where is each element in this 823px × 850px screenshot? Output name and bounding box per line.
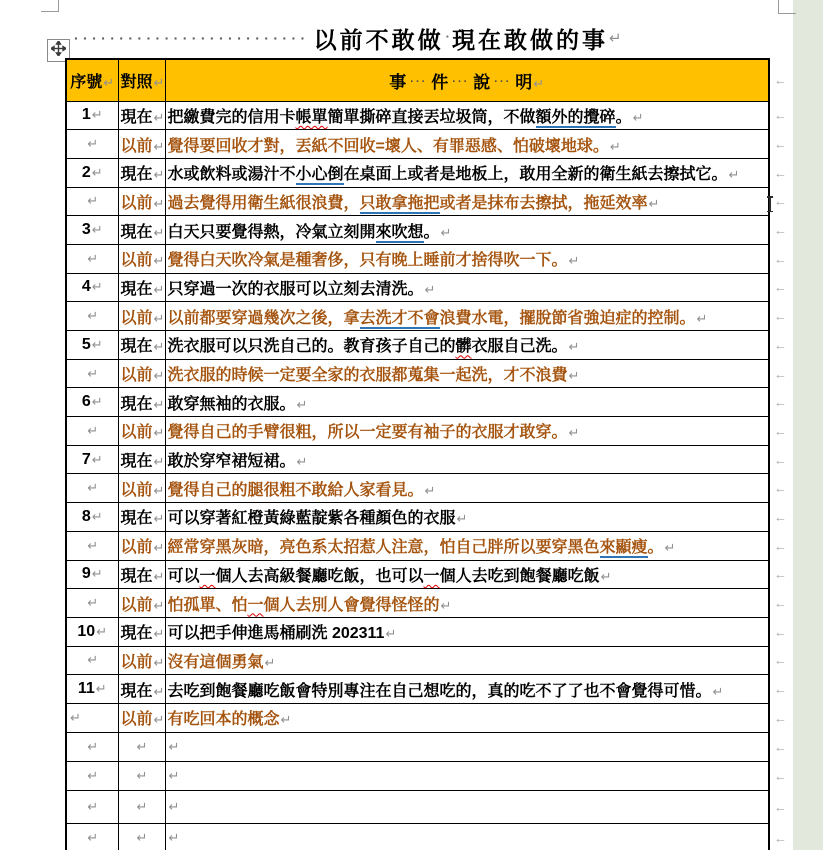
table-row: ↵↵↵← [66,732,769,761]
paragraph-mark: ↵ [154,655,165,670]
text-segment: 在桌面上或者是地板上，敢用全新的衛生紙去擦拭它。 [344,166,728,183]
row-description-cell[interactable]: 沒有這個勇氣↵← [165,646,769,675]
text-segment: 以前都要穿過幾次之後，拿 [168,310,360,327]
row-compare-cell[interactable]: 現在↵ [118,560,165,589]
row-label: 現在 [121,568,153,585]
text-segment: 。 [424,224,440,241]
row-label: 現在 [121,396,153,413]
paragraph-mark: ↵ [70,710,81,725]
text-segment: 個人去吃到飽餐廳吃飯 [440,568,600,585]
text-segment: 敢於穿窄裙短裙。 [168,453,296,470]
row-compare-cell[interactable]: 以前↵ [118,474,165,503]
paragraph-mark: ↵ [154,339,165,354]
table-row: ↵以前↵怕孤單、怕一個人去別人會覺得怪怪的↵← [66,589,769,618]
header-label: 序號 [70,74,102,91]
row-compare-cell[interactable]: 以前↵ [118,359,165,388]
row-number: 3 [82,221,91,238]
row-number-cell[interactable]: ↵ [66,531,118,560]
table-row: ↵以前↵經常穿黑灰暗，亮色系太招惹人注意，怕自己胖所以要穿黑色來顯瘦。↵← [66,531,769,560]
table-row: ↵以前↵覺得自己的腿很粗不敢給人家看見。↵← [66,474,769,503]
row-end-mark: ← [774,768,787,783]
row-number-cell[interactable]: ↵ [66,417,118,446]
row-description-cell[interactable]: ↵← [165,732,769,761]
row-label: 現在 [121,166,153,183]
row-description-cell[interactable]: ↵← [165,823,769,850]
row-number-cell[interactable]: ↵ [66,823,118,850]
paragraph-mark: ↵ [92,107,103,122]
table-body: 1↵現在↵把繳費完的信用卡帳單簡單撕碎直接丟垃圾筒，不做額外的攪碎。↵←↵以前↵… [66,101,769,850]
four-way-arrow-icon [51,41,66,61]
text-segment: 可以 [168,568,200,585]
text-segment: 衣服自己洗。 [472,338,568,355]
row-number: 10 [77,623,95,640]
row-number-cell[interactable]: ↵ [66,187,118,216]
paragraph-mark: ↵ [137,739,148,754]
header-label: 說 [473,73,490,92]
paragraph-mark: ↵ [87,595,98,610]
page-title-part1: 以前不敢做 [314,22,444,55]
margin-crop-mark-left [41,0,59,12]
paragraph-mark: ↵ [87,480,98,495]
table-row: 3↵現在↵白天只要覺得熱，冷氣立刻開來吹想。↵← [66,216,769,245]
row-compare-cell[interactable]: 現在↵ [118,331,165,360]
text-segment: 有吃回本的概念 [168,711,280,728]
paragraph-mark: ↵ [697,311,708,326]
text-segment: 只穿過一次的衣服可以立刻去清洗。 [168,281,424,298]
row-number-cell[interactable]: 5↵ [66,331,118,360]
row-label: 以前 [121,252,153,269]
row-compare-cell[interactable]: 現在↵ [118,158,165,187]
row-compare-cell[interactable]: 現在↵ [118,675,165,704]
row-label: 以前 [121,195,153,212]
paragraph-mark: ↵ [137,830,148,845]
text-segment: 小心倒 [296,166,344,185]
row-label: 以前 [121,424,153,441]
row-label: 現在 [121,224,153,241]
row-description-cell[interactable]: 只穿過一次的衣服可以立刻去清洗。↵← [165,273,769,302]
paragraph-mark: ↵ [154,454,165,469]
paragraph-mark: ↵ [87,538,98,553]
row-number-cell[interactable]: ↵ [66,474,118,503]
table-row: ↵以前↵沒有這個勇氣↵← [66,646,769,675]
text-segment: 個人去高級餐廳吃飯，也可以 [216,568,424,585]
row-end-mark: ← [774,194,787,209]
table-row: ↵以前↵有吃回本的概念↵← [66,703,769,732]
paragraph-mark: ↵ [154,75,165,90]
text-segment: 帳單 [296,109,328,126]
row-description-cell[interactable]: 以前都要穿過幾次之後，拿去洗才不會浪費水電，擺脫節省強迫症的控制。↵← [165,302,769,331]
page-edge-background [793,0,823,850]
text-segment: 可以穿著紅橙黃綠藍靛紫各種顏色的衣服 [168,510,456,527]
row-number-cell[interactable]: 2↵ [66,158,118,187]
row-description-cell[interactable]: 水或飲料或湯汁不小心倒在桌面上或者是地板上，敢用全新的衛生紙去擦拭它。↵← [165,158,769,187]
paragraph-mark: ↵ [154,253,165,268]
row-end-mark: ← [774,739,787,754]
row-end-mark: ← [774,481,787,496]
page-title-part2: 現在敢做的事 [452,22,608,55]
row-description-cell[interactable]: 可以一個人去高級餐廳吃飯，也可以一個人去吃到飽餐廳吃飯↵← [165,560,769,589]
paragraph-mark: ↵ [154,282,165,297]
table-row: ↵以前↵覺得白天吹冷氣是種奢侈，只有晚上睡前才捨得吹一下。↵← [66,244,769,273]
row-description-cell[interactable]: 敢穿無袖的衣服。↵← [165,388,769,417]
row-number-cell[interactable]: ↵ [66,130,118,159]
row-number-cell[interactable]: 10↵ [66,617,118,646]
row-number: 5 [82,336,91,353]
paragraph-mark: ↵ [457,511,468,526]
row-number-cell[interactable]: ↵ [66,302,118,331]
text-segment: 白天只要覺得熱，冷氣立刻開 [168,224,376,241]
row-end-mark: ← [774,624,787,639]
paragraph-mark: ↵ [154,167,165,182]
paragraph-mark: ↵ [265,655,276,670]
row-number: 1 [82,106,91,123]
header-label: 件 [431,73,448,92]
row-label: 以前 [121,367,153,384]
text-segment: 一 [424,568,440,585]
row-description-cell[interactable]: 可以穿著紅橙黃綠藍靛紫各種顏色的衣服↵← [165,503,769,532]
header-row: 序號↵ 對照↵ 事···件···說···明↵ ← [66,59,769,101]
row-end-mark: ← [774,423,787,438]
paragraph-mark: ↵ [87,251,98,266]
text-segment: 怕孤單、怕 [168,597,248,614]
row-description-cell[interactable]: 有吃回本的概念↵← [165,703,769,732]
row-end-mark: ← [774,251,787,266]
row-description-cell[interactable]: 覺得白天吹冷氣是種奢侈，只有晚上睡前才捨得吹一下。↵← [165,244,769,273]
row-compare-cell[interactable]: 以前↵ [118,417,165,446]
paragraph-mark: ↵ [87,652,98,667]
header-cell-compare[interactable]: 對照↵ [118,59,165,101]
text-segment: 髒 [456,338,472,355]
row-label: 現在 [121,510,153,527]
header-cell-number[interactable]: 序號↵ [66,59,118,101]
paragraph-mark: ↵ [665,540,676,555]
paragraph-mark: ↵ [92,279,103,294]
row-number: 9 [82,565,91,582]
paragraph-mark: ↵ [297,454,308,469]
row-number-cell[interactable]: ↵ [66,646,118,675]
paragraph-mark: ↵ [92,165,103,180]
row-description-cell[interactable]: 覺得自己的腿很粗不敢給人家看見。↵← [165,474,769,503]
row-compare-cell[interactable]: 以前↵ [118,703,165,732]
row-label: 以前 [121,138,153,155]
row-number: 4 [82,278,91,295]
row-end-mark: ← [774,73,787,88]
paragraph-mark: ↵ [169,799,180,814]
row-description-cell[interactable]: 過去覺得用衛生紙很浪費，只敢拿拖把或者是抹布去擦拭，拖延效率↵← [165,187,769,216]
row-number-cell[interactable]: 4↵ [66,273,118,302]
paragraph-mark: ↵ [92,452,103,467]
row-number: 8 [82,508,91,525]
paragraph-mark: ↵ [385,626,396,641]
comparison-table[interactable]: 序號↵ 對照↵ 事···件···說···明↵ ← 1↵現在↵把繳費完的信用卡帳單… [65,58,770,850]
text-segment: 覺得要回收才對，丟紙不回收=壞人、有罪惡感、怕破壞地球。 [168,138,609,155]
row-compare-cell[interactable]: 現在↵ [118,273,165,302]
paragraph-mark: ↵ [154,225,165,240]
row-number: 6 [82,393,91,410]
row-end-mark: ← [774,567,787,582]
row-compare-cell[interactable]: 以前↵ [118,646,165,675]
paragraph-mark: ↵ [92,566,103,581]
row-end-mark: ← [774,830,787,845]
margin-crop-mark-right [778,0,796,14]
paragraph-mark: ↵ [87,830,98,845]
row-number-cell[interactable]: ↵ [66,761,118,790]
paragraph-mark: ↵ [154,196,165,211]
space-marks: ·························· [74,30,310,46]
row-description-cell[interactable]: 白天只要覺得熱，冷氣立刻開來吹想。↵← [165,216,769,245]
text-segment: 覺得自己的腿很粗不敢給人家看見。 [168,482,424,499]
row-label: 現在 [121,338,153,355]
text-segment: 來吹想 [376,224,424,243]
table-row: 5↵現在↵洗衣服可以只洗自己的。教育孩子自己的髒衣服自己洗。↵← [66,331,769,360]
row-label: 現在 [121,109,153,126]
row-label: 現在 [121,453,153,470]
text-segment: 來顯瘦 [600,539,648,558]
paragraph-mark: ↵ [87,768,98,783]
row-compare-cell[interactable]: ↵ [118,790,165,823]
row-number: 2 [82,164,91,181]
row-description-cell[interactable]: 可以把手伸進馬桶刷洗 202311↵← [165,617,769,646]
row-compare-cell[interactable]: ↵ [118,823,165,850]
row-description-cell[interactable]: ↵← [165,790,769,823]
table-row: 9↵現在↵可以一個人去高級餐廳吃飯，也可以一個人去吃到飽餐廳吃飯↵← [66,560,769,589]
paragraph-mark: ↵ [169,739,180,754]
row-compare-cell[interactable]: 現在↵ [118,216,165,245]
paragraph-mark: ↵ [441,225,452,240]
paragraph-mark: ↵ [633,110,644,125]
row-end-mark: ← [774,653,787,668]
document-page: ·························· 以前不敢做 · 現在敢做的… [0,0,823,850]
row-compare-cell[interactable]: ↵ [118,732,165,761]
paragraph-mark: ↵ [601,569,612,584]
paragraph-mark: ↵ [569,425,580,440]
row-compare-cell[interactable]: 以前↵ [118,589,165,618]
row-description-cell[interactable]: 怕孤單、怕一個人去別人會覺得怪怪的↵← [165,589,769,618]
text-segment: 一 [200,568,216,585]
row-number-cell[interactable]: 6↵ [66,388,118,417]
table-row: ↵以前↵覺得要回收才對，丟紙不回收=壞人、有罪惡感、怕破壞地球。↵← [66,130,769,159]
row-end-mark: ← [774,108,787,123]
row-end-mark: ← [774,165,787,180]
paragraph-mark: ↵ [92,394,103,409]
text-segment: 只敢拿拖把 [360,195,440,214]
row-number-cell[interactable]: ↵ [66,244,118,273]
row-end-mark: ← [774,309,787,324]
paragraph-mark: ↵ [92,337,103,352]
row-end-mark: ← [774,337,787,352]
paragraph-mark: ↵ [87,423,98,438]
table-row: ↵↵↵← [66,761,769,790]
row-end-mark: ← [774,682,787,697]
row-end-mark: ← [774,509,787,524]
header-label: 對照 [121,74,153,91]
table-row: 2↵現在↵水或飲料或湯汁不小心倒在桌面上或者是地板上，敢用全新的衛生紙去擦拭它。… [66,158,769,187]
space-marks: ··· [410,76,427,88]
row-end-mark: ← [774,538,787,553]
paragraph-mark: ↵ [610,139,621,154]
row-number-cell[interactable]: ↵ [66,359,118,388]
table-row: 8↵現在↵可以穿著紅橙黃綠藍靛紫各種顏色的衣服↵← [66,503,769,532]
row-end-mark: ← [774,596,787,611]
row-end-mark: ← [774,366,787,381]
text-segment: 個人去別人會覺得怪怪的 [264,597,440,614]
row-compare-cell[interactable]: 以前↵ [118,244,165,273]
paragraph-mark: ↵ [154,598,165,613]
paragraph-mark: ↵ [87,739,98,754]
paragraph-mark: ↵ [87,136,98,151]
space-marks: ··· [494,76,511,88]
row-compare-cell[interactable]: 以前↵ [118,302,165,331]
row-description-cell[interactable]: 把繳費完的信用卡帳單簡單撕碎直接丟垃圾筒，不做額外的攪碎。↵← [165,101,769,130]
table-row: ↵以前↵洗衣服的時候一定要全家的衣服都蒐集一起洗，才不浪費↵← [66,359,769,388]
text-segment: 額外的攪碎 [536,109,616,128]
paragraph-mark: ↵ [609,29,622,47]
paragraph-mark: ↵ [425,282,436,297]
row-end-mark: ← [774,280,787,295]
paragraph-mark: ↵ [297,397,308,412]
paragraph-mark: ↵ [569,253,580,268]
paragraph-mark: ↵ [154,540,165,555]
row-compare-cell[interactable]: 以前↵ [118,531,165,560]
text-segment: 去洗才不會 [360,310,440,329]
row-compare-cell[interactable]: 現在↵ [118,101,165,130]
row-end-mark: ← [774,223,787,238]
row-number-cell[interactable]: ↵ [66,732,118,761]
row-number-cell[interactable]: ↵ [66,790,118,823]
text-segment: 洗衣服的時候一定要全家的衣服都蒐集一起洗，才不浪費 [168,367,568,384]
row-number-cell[interactable]: ↵ [66,703,118,732]
text-segment: 簡單撕碎直接丟垃圾筒，不做 [328,109,536,126]
table-row: 7↵現在↵敢於穿窄裙短裙。↵← [66,445,769,474]
space-mark: · [446,29,450,44]
paragraph-mark: ↵ [154,368,165,383]
text-segment: 過去覺得用衛生紙很浪費， [168,195,360,212]
space-marks: ··· [452,76,469,88]
row-label: 以前 [121,597,153,614]
text-segment: 覺得白天吹冷氣是種奢侈，只有晚上睡前才捨得吹一下。 [168,252,568,269]
header-cell-description[interactable]: 事···件···說···明↵ ← [165,59,769,101]
row-number-cell[interactable]: ↵ [66,589,118,618]
row-compare-cell[interactable]: 以前↵ [118,187,165,216]
paragraph-mark: ↵ [154,425,165,440]
paragraph-mark: ↵ [96,681,107,696]
text-segment: 覺得自己的手臂很粗，所以一定要有袖子的衣服才敢穿。 [168,424,568,441]
row-compare-cell[interactable]: 以前↵ [118,130,165,159]
paragraph-mark: ↵ [137,799,148,814]
table-row: 1↵現在↵把繳費完的信用卡帳單簡單撕碎直接丟垃圾筒，不做額外的攪碎。↵← [66,101,769,130]
text-segment: 可以把手伸進馬桶刷洗 202311 [168,625,385,642]
table-row: ↵以前↵以前都要穿過幾次之後，拿去洗才不會浪費水電，擺脫節省強迫症的控制。↵← [66,302,769,331]
row-compare-cell[interactable]: 現在↵ [118,503,165,532]
paragraph-mark: ↵ [425,483,436,498]
paragraph-mark: ↵ [92,222,103,237]
row-label: 以前 [121,482,153,499]
paragraph-mark: ↵ [92,509,103,524]
row-description-cell[interactable]: 去吃到飽餐廳吃飯會特別專注在自己想吃的，真的吃不了了也不會覺得可惜。↵← [165,675,769,704]
table-row: ↵以前↵過去覺得用衛生紙很浪費，只敢拿拖把或者是抹布去擦拭，拖延效率↵← [66,187,769,216]
paragraph-mark: ↵ [569,339,580,354]
paragraph-mark: ↵ [154,511,165,526]
text-segment: 浪費水電，擺脫節省強迫症的控制。 [440,310,696,327]
paragraph-mark: ↵ [96,624,107,639]
paragraph-mark: ↵ [569,368,580,383]
row-compare-cell[interactable]: 現在↵ [118,445,165,474]
row-compare-cell[interactable]: ↵ [118,761,165,790]
paragraph-mark: ↵ [729,167,740,182]
text-segment: 沒有這個勇氣 [168,654,264,671]
table-row: ↵以前↵覺得自己的手臂很粗，所以一定要有袖子的衣服才敢穿。↵← [66,417,769,446]
paragraph-mark: ↵ [154,626,165,641]
paragraph-mark: ↵ [649,196,660,211]
paragraph-mark: ↵ [533,76,544,91]
row-end-mark: ← [774,710,787,725]
row-compare-cell[interactable]: 現在↵ [118,388,165,417]
text-segment: 。 [616,109,632,126]
text-cursor [769,196,771,212]
paragraph-mark: ↵ [137,768,148,783]
paragraph-mark: ↵ [103,75,114,90]
paragraph-mark: ↵ [154,139,165,154]
row-description-cell[interactable]: ↵← [165,761,769,790]
row-label: 現在 [121,625,153,642]
row-label: 以前 [121,711,153,728]
paragraph-mark: ↵ [154,311,165,326]
table-row: 10↵現在↵可以把手伸進馬桶刷洗 202311↵← [66,617,769,646]
text-segment: 把繳費完的信用卡 [168,109,296,126]
paragraph-mark: ↵ [154,712,165,727]
row-end-mark: ← [774,799,787,814]
paragraph-mark: ↵ [441,598,452,613]
row-description-cell[interactable]: 覺得自己的手臂很粗，所以一定要有袖子的衣服才敢穿。↵← [165,417,769,446]
paragraph-mark: ↵ [169,768,180,783]
text-segment: 去吃到飽餐廳吃飯會特別專注在自己想吃的，真的吃不了了也不會覺得可惜。 [168,683,712,700]
row-number-cell[interactable]: 7↵ [66,445,118,474]
text-segment: 敢穿無袖的衣服。 [168,396,296,413]
row-label: 以前 [121,310,153,327]
row-number-cell[interactable]: 9↵ [66,560,118,589]
row-description-cell[interactable]: 敢於穿窄裙短裙。↵← [165,445,769,474]
row-end-mark: ← [774,137,787,152]
text-segment: 。 [648,539,664,556]
paragraph-mark: ↵ [87,193,98,208]
paragraph-mark: ↵ [87,366,98,381]
text-segment: 一 [248,597,264,614]
paragraph-mark: ↵ [154,397,165,412]
row-description-cell[interactable]: 洗衣服可以只洗自己的。教育孩子自己的髒衣服自己洗。↵← [165,331,769,360]
row-number-cell[interactable]: 11↵ [66,675,118,704]
text-segment: 經常穿黑灰暗，亮色系太招惹人注意，怕自己胖所以要穿黑色 [168,539,600,556]
paragraph-mark: ↵ [154,569,165,584]
row-number-cell[interactable]: 3↵ [66,216,118,245]
row-label: 以前 [121,539,153,556]
text-segment: 或者是抹布去擦拭，拖延效率 [440,195,648,212]
row-number-cell[interactable]: 8↵ [66,503,118,532]
paragraph-mark: ↵ [87,308,98,323]
row-description-cell[interactable]: 覺得要回收才對，丟紙不回收=壞人、有罪惡感、怕破壞地球。↵← [165,130,769,159]
paragraph-mark: ↵ [154,684,165,699]
row-description-cell[interactable]: 洗衣服的時候一定要全家的衣服都蒐集一起洗，才不浪費↵← [165,359,769,388]
row-number: 7 [82,451,91,468]
table-row: ↵↵↵← [66,790,769,823]
row-description-cell[interactable]: 經常穿黑灰暗，亮色系太招惹人注意，怕自己胖所以要穿黑色來顯瘦。↵← [165,531,769,560]
row-number-cell[interactable]: 1↵ [66,101,118,130]
text-segment: 水或飲料或湯汁不 [168,166,296,183]
document-title-line[interactable]: ·························· 以前不敢做 · 現在敢做的… [74,24,622,52]
table-row: 4↵現在↵只穿過一次的衣服可以立刻去清洗。↵← [66,273,769,302]
row-end-mark: ← [774,395,787,410]
row-compare-cell[interactable]: 現在↵ [118,617,165,646]
paragraph-mark: ↵ [154,110,165,125]
